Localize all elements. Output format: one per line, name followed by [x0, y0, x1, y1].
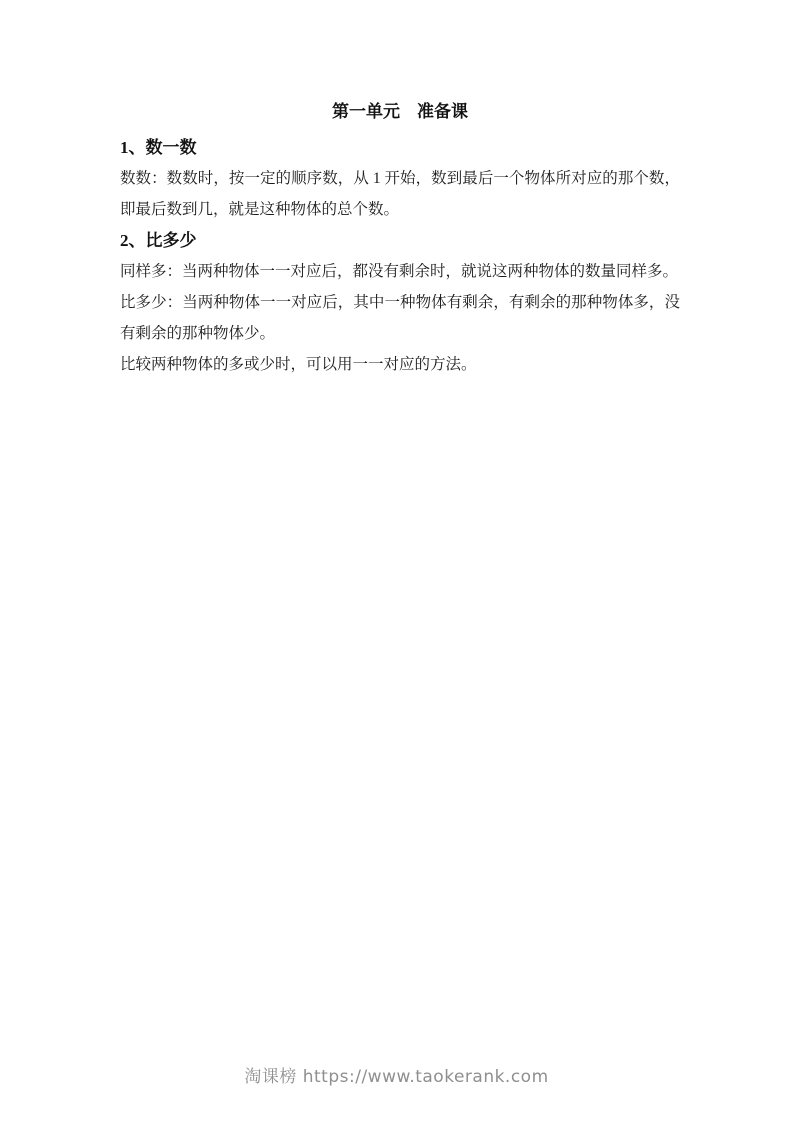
section-count-heading: 1、数一数	[120, 132, 680, 163]
section-count: 1、数一数 数数：数数时，按一定的顺序数，从 1 开始，数到最后一个物体所对应的…	[120, 132, 680, 225]
section-count-paragraph: 数数：数数时，按一定的顺序数，从 1 开始，数到最后一个物体所对应的那个数，即最…	[120, 163, 680, 225]
document-title: 第一单元 准备课	[120, 96, 680, 127]
footer-watermark: 淘课榜 https://www.taokerank.com	[0, 1062, 793, 1087]
document-content: 第一单元 准备课 1、数一数 数数：数数时，按一定的顺序数，从 1 开始，数到最…	[120, 96, 680, 380]
footer-url: https://www.taokerank.com	[303, 1067, 549, 1087]
document-page: 第一单元 准备课 1、数一数 数数：数数时，按一定的顺序数，从 1 开始，数到最…	[0, 0, 793, 1122]
section-compare-paragraph-moreless: 比多少：当两种物体一一对应后，其中一种物体有剩余，有剩余的那种物体多，没有剩余的…	[120, 287, 680, 349]
section-compare-heading: 2、比多少	[120, 225, 680, 256]
footer-site-name: 淘课榜	[244, 1067, 297, 1087]
section-compare: 2、比多少 同样多：当两种物体一一对应后，都没有剩余时，就说这两种物体的数量同样…	[120, 225, 680, 380]
section-compare-paragraph-method: 比较两种物体的多或少时，可以用一一对应的方法。	[120, 349, 680, 380]
section-compare-paragraph-same: 同样多：当两种物体一一对应后，都没有剩余时，就说这两种物体的数量同样多。	[120, 256, 680, 287]
